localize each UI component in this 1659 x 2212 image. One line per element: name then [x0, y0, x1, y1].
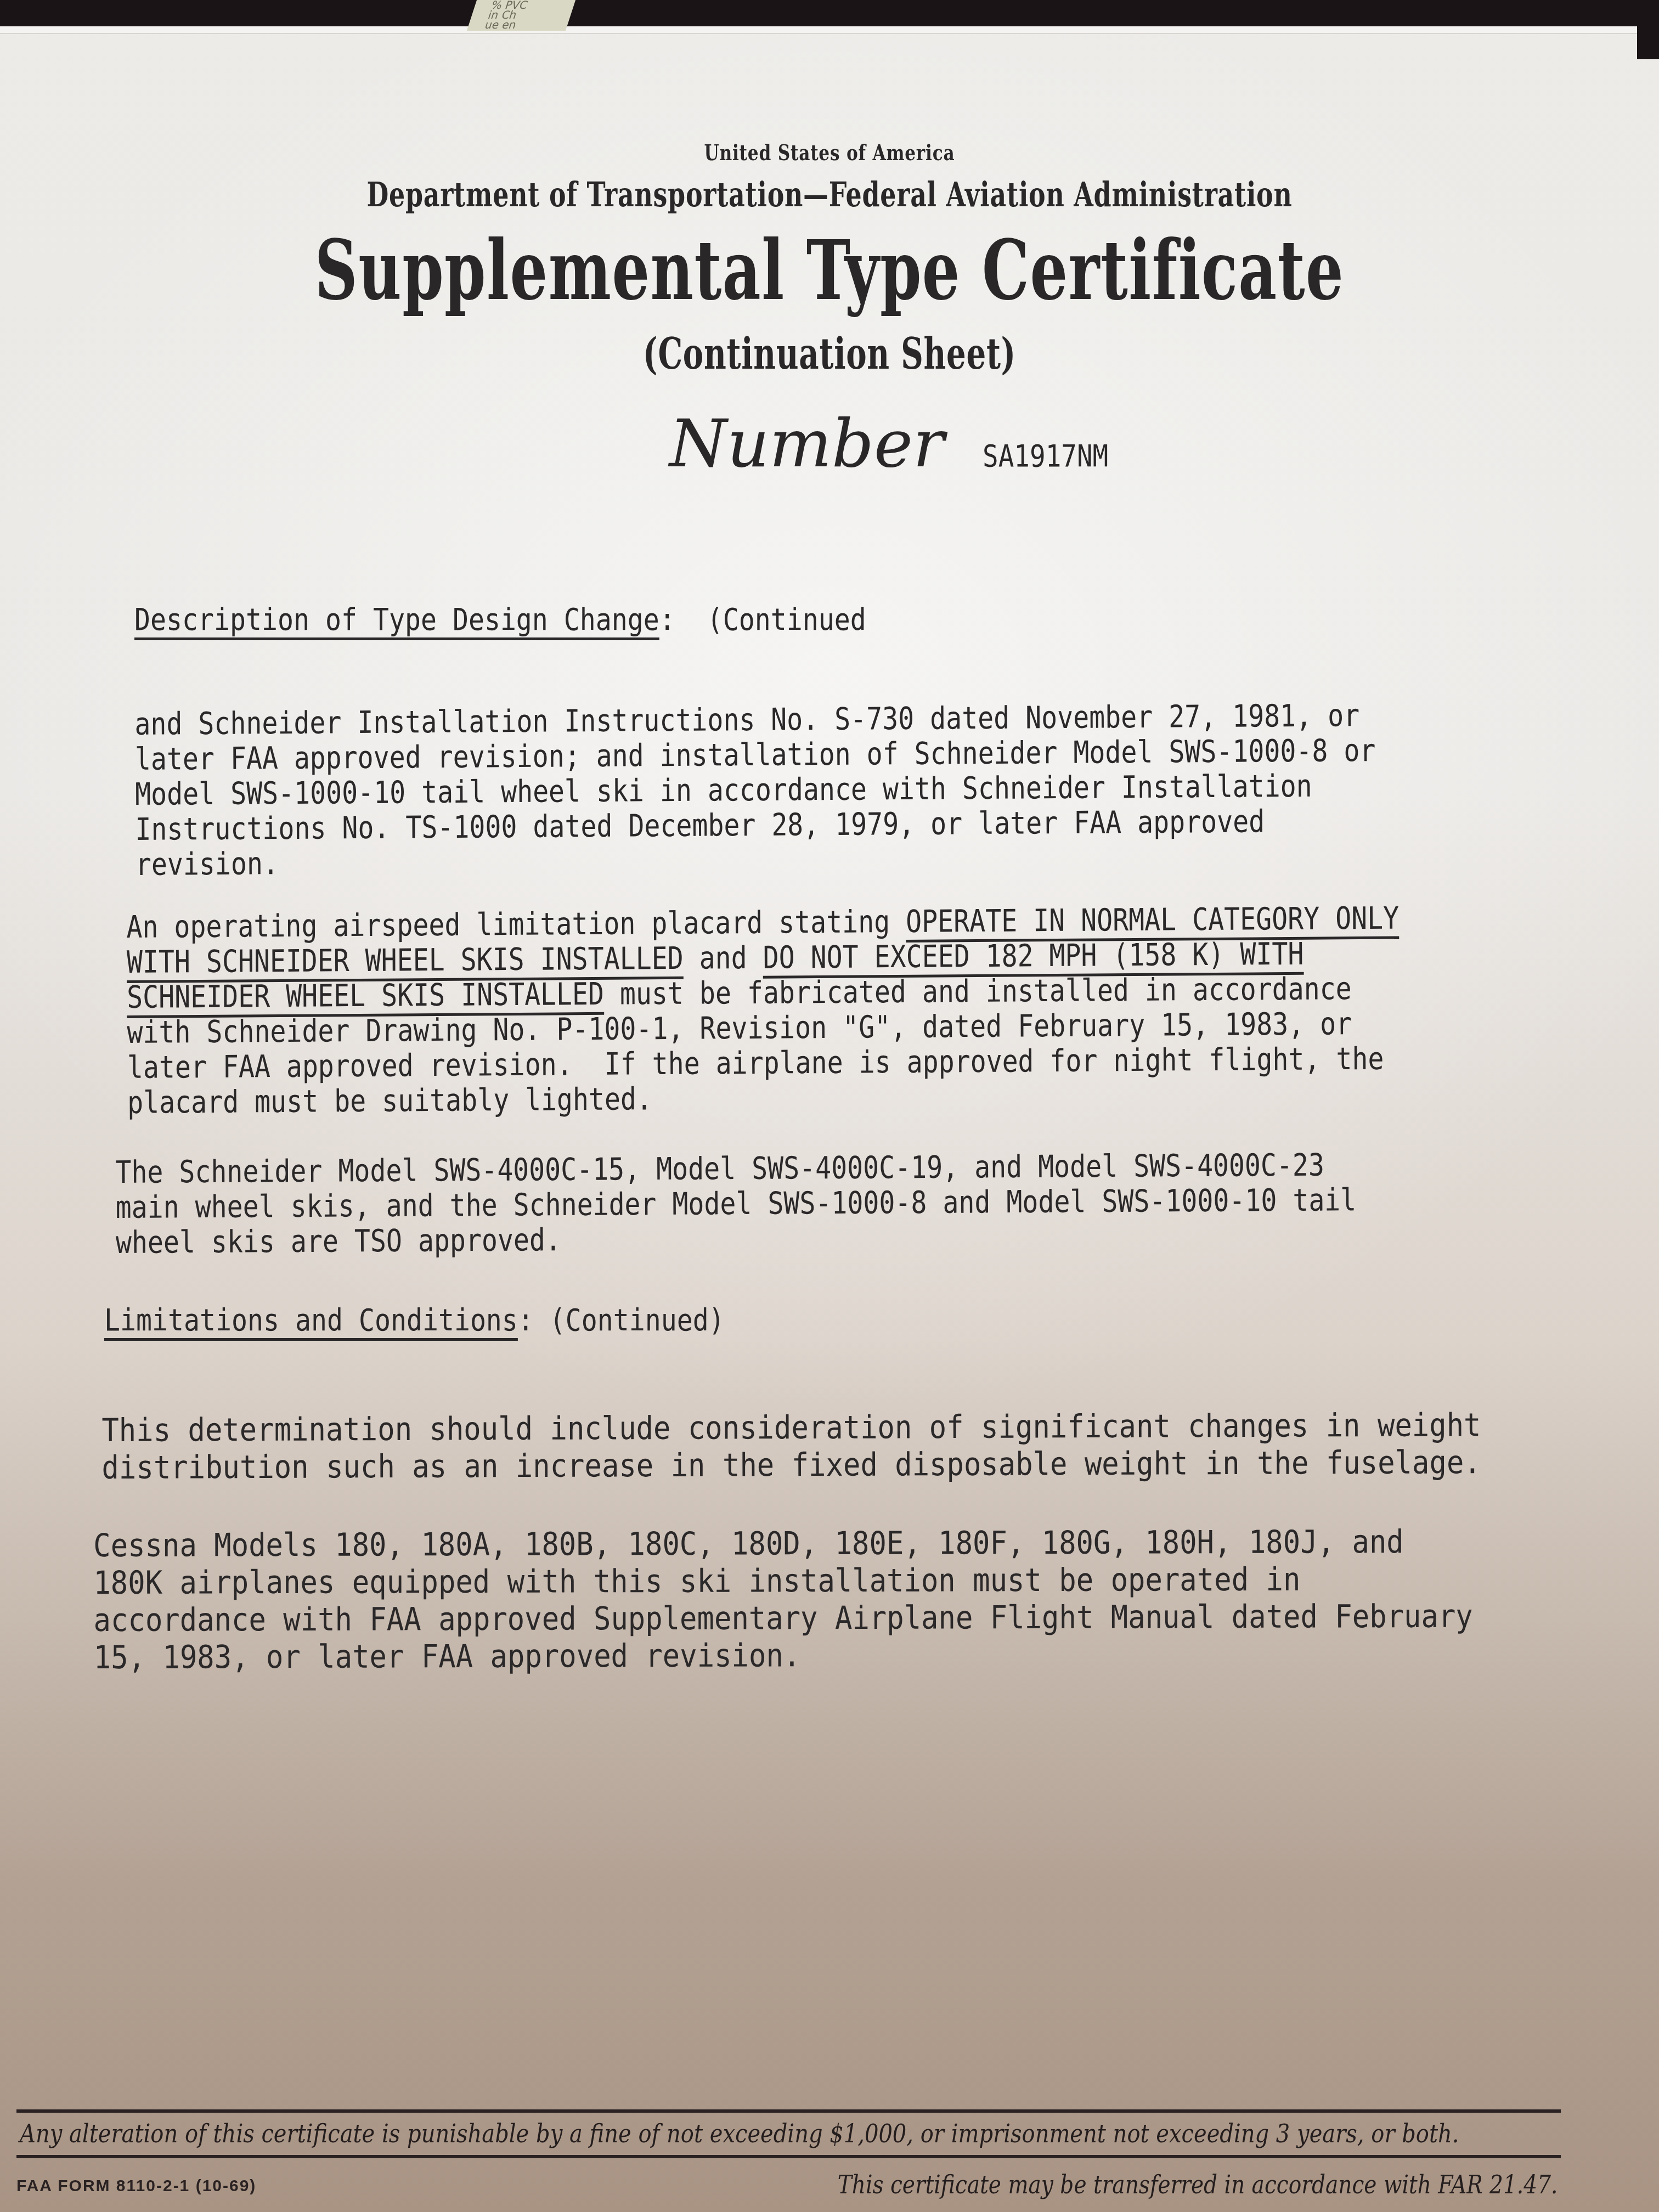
description-paragraph-2: An operating airspeed limitation placard… — [126, 866, 1400, 1156]
footer-rule-bottom — [16, 2155, 1561, 2158]
footer-rule-top — [16, 2109, 1561, 2113]
text-line: Cessna Models 180, 180A, 180B, 180C, 180… — [93, 1523, 1472, 1564]
text-line: wheel skis are TSO approved. — [116, 1218, 1357, 1261]
limitations-heading-row: Limitations and Conditions: (Continued) — [104, 1303, 725, 1338]
limitations-heading: Limitations and Conditions — [104, 1302, 518, 1338]
page-corner — [1637, 26, 1659, 59]
text-line: 180K airplanes equipped with this ski in… — [93, 1560, 1472, 1601]
alteration-warning: Any alteration of this certificate is pu… — [20, 2119, 1356, 2148]
description-heading-suffix: : (Continued — [659, 602, 866, 637]
limitations-paragraph-2: Cessna Models 180, 180A, 180B, 180C, 180… — [93, 1486, 1473, 1713]
description-paragraph-3: The Schneider Model SWS-4000C-15, Model … — [115, 1113, 1357, 1296]
text-line: 15, 1983, or later FAA approved revision… — [94, 1635, 1473, 1676]
description-heading-row: Description of Type Design Change: (Cont… — [134, 602, 866, 637]
text-line: accordance with FAA approved Supplementa… — [93, 1598, 1472, 1639]
header-department: Department of Transportation—Federal Avi… — [216, 174, 1443, 215]
form-number: FAA FORM 8110-2-1 (10-69) — [16, 2177, 256, 2196]
description-heading: Description of Type Design Change — [134, 602, 659, 637]
text-line: distribution such as an increase in the … — [101, 1443, 1481, 1486]
certificate-title: Supplemental Type Certificate — [232, 222, 1426, 319]
placard-text-1-cont: WITH SCHNEIDER WHEEL SKIS INSTALLED — [127, 941, 684, 980]
number-label: Number — [669, 406, 944, 482]
placard-text-1: OPERATE IN NORMAL CATEGORY ONLY — [906, 901, 1399, 940]
paper-edge — [0, 26, 1659, 34]
transfer-note: This certificate may be transferred in a… — [837, 2170, 1558, 2199]
placard-text-2: DO NOT EXCEED 182 MPH (158 K) WITH — [763, 936, 1304, 976]
certificate-number-row: Number SA1917NM — [669, 406, 1131, 482]
placard-text-2-cont: SCHNEIDER WHEEL SKIS INSTALLED — [127, 977, 604, 1015]
certificate-subtitle: (Continuation Sheet) — [232, 329, 1426, 379]
certificate-number: SA1917NM — [983, 438, 1108, 474]
tape-label: % PVC in Ch ue en — [467, 0, 575, 31]
limitations-heading-suffix: : (Continued) — [518, 1302, 725, 1338]
header-country: United States of America — [183, 140, 1477, 166]
text-line: This determination should include consid… — [101, 1406, 1481, 1449]
